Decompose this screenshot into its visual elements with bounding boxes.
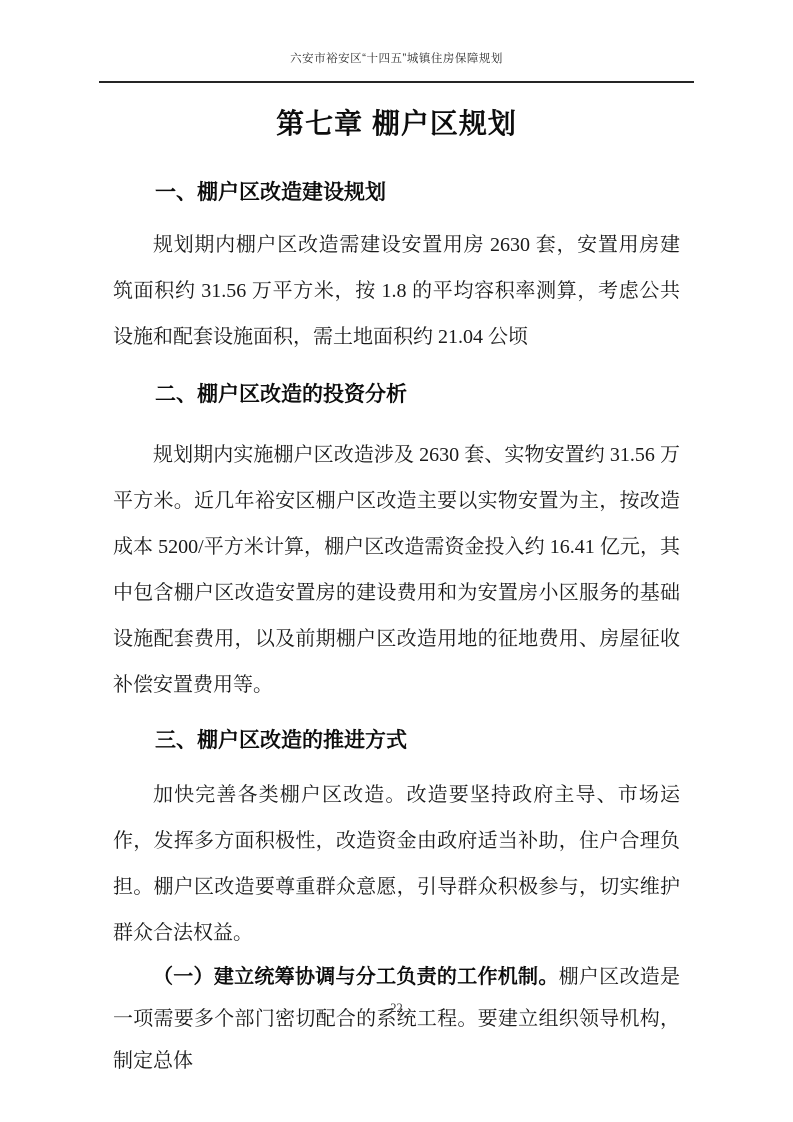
section-heading-3: 三、棚户区改造的推进方式 — [113, 728, 680, 754]
page-number: 22 — [390, 1001, 403, 1015]
paragraph: 规划期内实施棚户区改造涉及 2630 套、实物安置约 31.56 万平方米。近几… — [113, 432, 680, 708]
section-heading-2: 二、棚户区改造的投资分析 — [113, 382, 680, 408]
section-investment-analysis: 二、棚户区改造的投资分析 规划期内实施棚户区改造涉及 2630 套、实物安置约 … — [113, 382, 680, 708]
header-rule — [99, 81, 694, 83]
section-promotion-method: 三、棚户区改造的推进方式 加快完善各类棚户区改造。改造要坚持政府主导、市场运作，… — [113, 728, 680, 1082]
document-body: 一、棚户区改造建设规划 规划期内棚户区改造需建设安置用房 2630 套，安置用房… — [113, 170, 680, 1082]
chapter-title: 第七章 棚户区规划 — [0, 102, 793, 142]
paragraph: 加快完善各类棚户区改造。改造要坚持政府主导、市场运作，发挥多方面积极性，改造资金… — [113, 772, 680, 956]
paragraph-bold-lead: （一）建立统筹协调与分工负责的工作机制。 — [153, 966, 559, 988]
section-heading-1: 一、棚户区改造建设规划 — [113, 180, 680, 206]
page-footer: 22 — [0, 1001, 793, 1016]
document-page: 六安市裕安区“十四五”城镇住房保障规划 第七章 棚户区规划 一、棚户区改造建设规… — [0, 0, 793, 1122]
running-header-title: 六安市裕安区“十四五”城镇住房保障规划 — [0, 50, 793, 66]
paragraph: 规划期内棚户区改造需建设安置用房 2630 套，安置用房建筑面积约 31.56 … — [113, 222, 680, 360]
paragraph: （一）建立统筹协调与分工负责的工作机制。棚户区改造是一项需要多个部门密切配合的系… — [113, 956, 680, 1082]
section-shantytown-construction-plan: 一、棚户区改造建设规划 规划期内棚户区改造需建设安置用房 2630 套，安置用房… — [113, 180, 680, 360]
